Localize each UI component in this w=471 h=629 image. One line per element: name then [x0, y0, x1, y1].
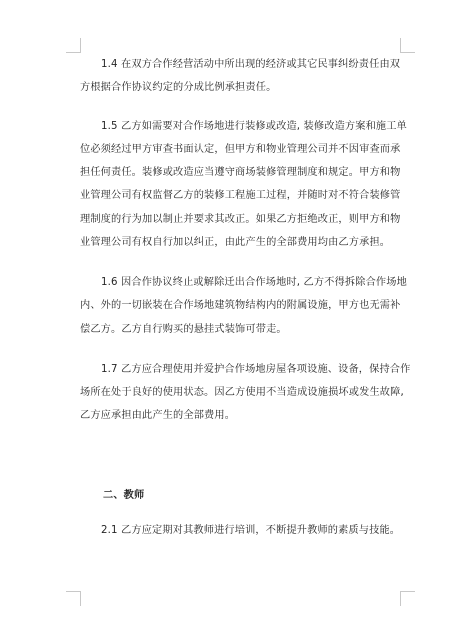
paragraph-1-7-line-3: 乙方应承担由此产生的全部费用。 [80, 409, 396, 423]
paragraph-1-5-line-6: 业管理公司有权自行加以纠正，由此产生的全部费用均由乙方承担。 [80, 236, 396, 250]
paragraph-1-6-line-3: 偿乙方。乙方自行购买的悬挂式装饰可带走。 [80, 323, 396, 337]
paragraph-1-5-line-1: 1.5 乙方如需要对合作场地进行装修或改造, 装修改造方案和施工单 [101, 120, 396, 134]
paragraph-1-4-line-1: 1.4 在双方合作经营活动中所出现的经济或其它民事纠纷责任由双 [101, 58, 396, 72]
paragraph-1-5-line-4: 业管理公司有权监督乙方的装修工程施工过程，并随时对不符合装修管 [80, 189, 396, 203]
paragraph-2-1-line-1: 2.1 乙方应定期对其教师进行培训，不断提升教师的素质与技能。 [101, 524, 396, 538]
paragraph-1-4-line-2: 方根据合作协议约定的分成比例承担责任。 [80, 81, 396, 95]
document-page: 1.4 在双方合作经营活动中所出现的经济或其它民事纠纷责任由双 方根据合作协议约… [0, 0, 471, 629]
section-heading: 二、教师 [103, 489, 419, 503]
paragraph-1-5-line-5: 理制度的行为加以制止并要求其改正。如果乙方拒绝改正，则甲方和物 [80, 213, 396, 227]
paragraph-1-6-line-2: 内、外的一切嵌装在合作场地建筑物结构内的附属设施，甲方也无需补 [80, 299, 396, 313]
paragraph-1-7-line-1: 1.7 乙方应合理使用并爱护合作场地房屋各项设施、设备，保持合作 [101, 363, 396, 377]
margin-corner-mark-top-right [400, 38, 415, 53]
paragraph-1-6-line-1: 1.6 因合作协议终止或解除迁出合作场地时, 乙方不得拆除合作场地 [101, 276, 396, 290]
paragraph-1-5-line-3: 担任何责任。装修或改造应当遵守商场装修管理制度和规定。甲方和物 [80, 166, 396, 180]
paragraph-1-7-line-2: 场所在处于良好的使用状态。因乙方使用不当造成设施损坏或发生故障, [80, 386, 396, 400]
margin-corner-mark-bottom-left [66, 591, 81, 606]
paragraph-1-5-line-2: 位必须经过甲方审查书面认定，但甲方和物业管理公司并不因审查而承 [80, 143, 396, 157]
margin-corner-mark-bottom-right [400, 591, 415, 606]
margin-corner-mark-top-left [66, 38, 81, 53]
